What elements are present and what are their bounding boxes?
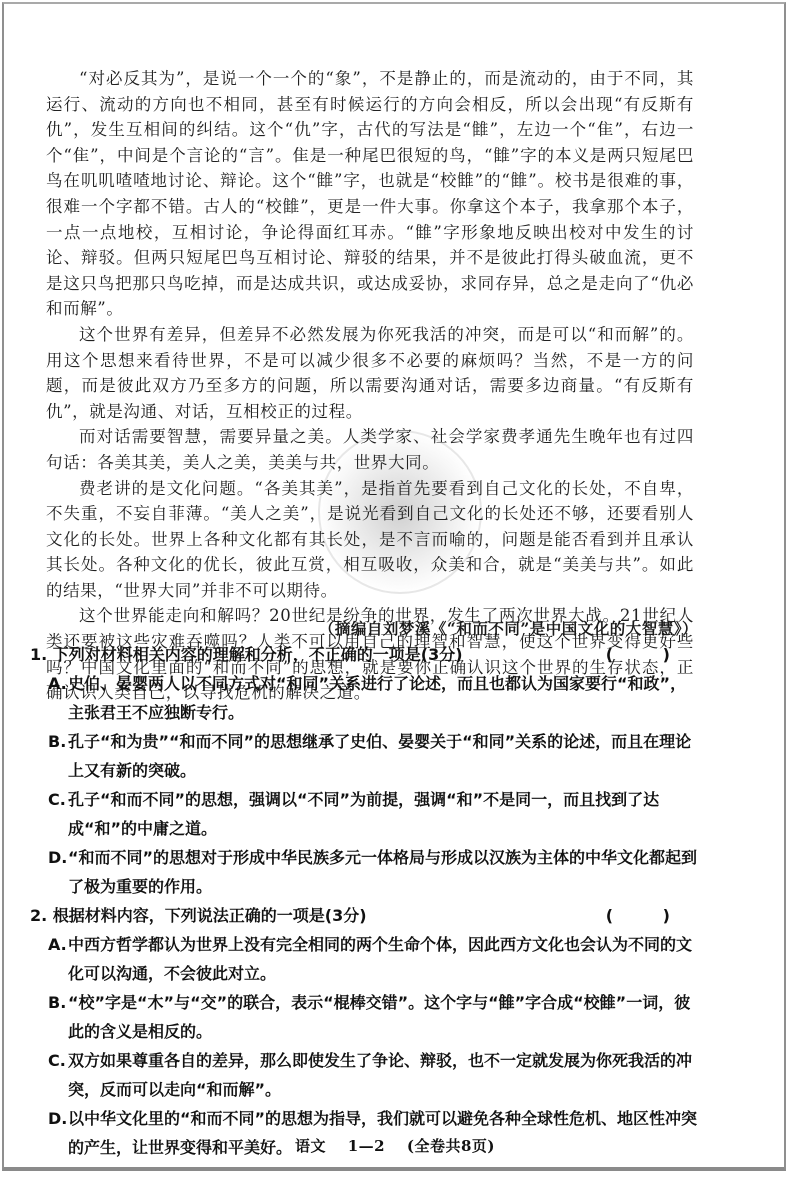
option-letter: C. — [48, 785, 68, 814]
question-text: 2. 根据材料内容，下列说法正确的一项是(3分) — [30, 901, 367, 930]
passage-source: （摘编自刘梦溪《“和而不同”是中国文化的大智慧》） — [319, 617, 698, 639]
answer-blank: ( ) — [606, 901, 698, 930]
option-letter: A. — [48, 930, 68, 959]
option-text: “校”字是“木”与“交”的联合，表示“棍棒交错”。这个字与“雔”字合成“校雔”一… — [68, 993, 690, 1041]
paragraph: 这个世界有差异，但差异不必然发展为你死我活的冲突，而是可以“和而解”的。用这个思… — [46, 322, 694, 424]
option-d: D.“和而不同”的思想对于形成中华民族多元一体格局与形成以汉族为主体的中华文化都… — [48, 843, 698, 901]
question-2: 2. 根据材料内容，下列说法正确的一项是(3分) ( ) A.中西方哲学都认为世… — [30, 901, 698, 1162]
option-text: 孔子“和为贵”“和而不同”的思想继承了史伯、晏婴关于“和同”关系的论述，而且在理… — [68, 732, 691, 780]
reading-passage: “对必反其为”，是说一个一个的“象”，不是静止的，而是流动的，由于不同，其运行、… — [46, 66, 694, 706]
option-text: “和而不同”的思想对于形成中华民族多元一体格局与形成以汉族为主体的中华文化都起到… — [68, 848, 697, 896]
answer-blank: ( ) — [606, 640, 698, 669]
option-letter: D. — [48, 843, 68, 872]
option-c: C.孔子“和而不同”的思想，强调以“不同”为前提，强调“和”不是同一，而且找到了… — [48, 785, 698, 843]
option-text: 史伯、晏婴两人以不同方式对“和同”关系进行了论述，而且也都认为国家要行“和政”，… — [68, 674, 686, 722]
option-text: 双方如果尊重各自的差异，那么即使发生了争论、辩驳，也不一定就发展为你死我活的冲突… — [68, 1051, 692, 1099]
paragraph: 费老讲的是文化问题。“各美其美”，是指首先要看到自己文化的长处，不自卑，不失重，… — [46, 476, 694, 604]
option-letter: A. — [48, 669, 68, 698]
option-text: 中西方哲学都认为世界上没有完全相同的两个生命个体，因此西方文化也会认为不同的文化… — [68, 935, 692, 983]
option-letter: C. — [48, 1046, 68, 1075]
option-b: B.孔子“和为贵”“和而不同”的思想继承了史伯、晏婴关于“和同”关系的论述，而且… — [48, 727, 698, 785]
paragraph: “对必反其为”，是说一个一个的“象”，不是静止的，而是流动的，由于不同，其运行、… — [46, 66, 694, 322]
page-footer: 语文 1—2 (全卷共8页) — [0, 1135, 790, 1156]
question-text: 1. 下列对材料相关内容的理解和分析，不正确的一项是(3分) — [30, 640, 463, 669]
question-stem: 2. 根据材料内容，下列说法正确的一项是(3分) ( ) — [30, 901, 698, 930]
question-list: 1. 下列对材料相关内容的理解和分析，不正确的一项是(3分) ( ) A.史伯、… — [30, 640, 698, 1162]
option-letter: D. — [48, 1104, 68, 1133]
question-1: 1. 下列对材料相关内容的理解和分析，不正确的一项是(3分) ( ) A.史伯、… — [30, 640, 698, 901]
paragraph: 而对话需要智慧，需要异量之美。人类学家、社会学家费孝通先生晚年也有过四句话：各美… — [46, 424, 694, 475]
option-a: A.中西方哲学都认为世界上没有完全相同的两个生命个体，因此西方文化也会认为不同的… — [48, 930, 698, 988]
question-stem: 1. 下列对材料相关内容的理解和分析，不正确的一项是(3分) ( ) — [30, 640, 698, 669]
option-text: 孔子“和而不同”的思想，强调以“不同”为前提，强调“和”不是同一，而且找到了达成… — [68, 790, 659, 838]
footer-total-pages: (全卷共8页) — [407, 1137, 495, 1155]
option-letter: B. — [48, 988, 68, 1017]
option-a: A.史伯、晏婴两人以不同方式对“和同”关系进行了论述，而且也都认为国家要行“和政… — [48, 669, 698, 727]
footer-subject: 语文 — [295, 1137, 326, 1155]
option-c: C.双方如果尊重各自的差异，那么即使发生了争论、辩驳，也不一定就发展为你死我活的… — [48, 1046, 698, 1104]
footer-page-number: 1—2 — [348, 1137, 385, 1155]
option-b: B.“校”字是“木”与“交”的联合，表示“棍棒交错”。这个字与“雔”字合成“校雔… — [48, 988, 698, 1046]
option-letter: B. — [48, 727, 68, 756]
